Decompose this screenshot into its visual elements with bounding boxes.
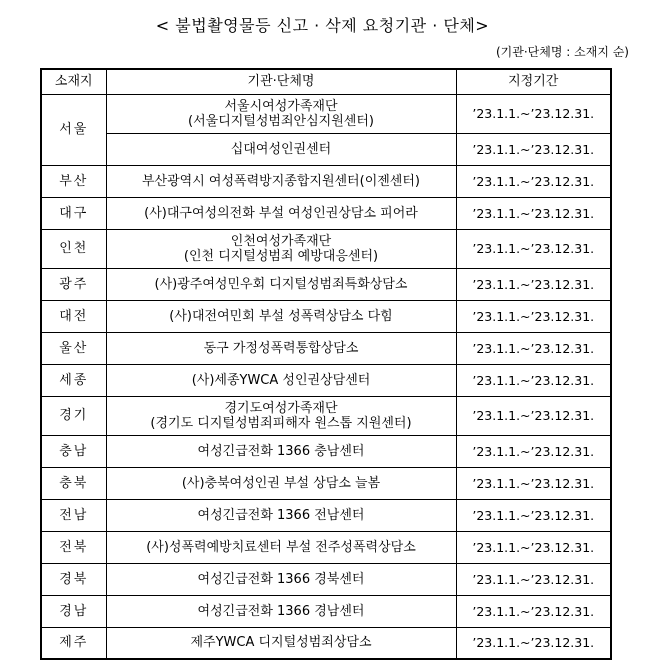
table-row: 전남여성긴급전화 1366 전남센터’23.1.1.~’23.12.31. <box>41 499 611 531</box>
table-row: 충북(사)충북여성인권 부설 상담소 늘봄’23.1.1.~’23.12.31. <box>41 467 611 499</box>
table-row: 세종(사)세종YWCA 성인권상담센터’23.1.1.~’23.12.31. <box>41 364 611 396</box>
table-row: 충남여성긴급전화 1366 충남센터’23.1.1.~’23.12.31. <box>41 435 611 467</box>
org-name-cell: (사)대전여민회 부설 성폭력상담소 다힘 <box>106 300 456 332</box>
region-cell: 서울 <box>41 94 106 165</box>
org-name-cell: (사)광주여성민우회 디지털성범죄특화상담소 <box>106 268 456 300</box>
org-name-cell: 부산광역시 여성폭력방지종합지원센터(이젠센터) <box>106 165 456 197</box>
period-cell: ’23.1.1.~’23.12.31. <box>456 435 611 467</box>
table-row: 제주제주YWCA 디지털성범죄상담소’23.1.1.~’23.12.31. <box>41 627 611 659</box>
period-cell: ’23.1.1.~’23.12.31. <box>456 229 611 268</box>
table-body: 서울서울시여성가족재단(서울디지털성범죄안심지원센터)’23.1.1.~’23.… <box>41 94 611 659</box>
period-cell: ’23.1.1.~’23.12.31. <box>456 364 611 396</box>
period-cell: ’23.1.1.~’23.12.31. <box>456 499 611 531</box>
period-cell: ’23.1.1.~’23.12.31. <box>456 165 611 197</box>
period-cell: ’23.1.1.~’23.12.31. <box>456 332 611 364</box>
header-row: 소재지 기관·단체명 지정기간 <box>41 69 611 94</box>
org-name-cell: 십대여성인권센터 <box>106 133 456 165</box>
table-row: 부산부산광역시 여성폭력방지종합지원센터(이젠센터)’23.1.1.~’23.1… <box>41 165 611 197</box>
org-name-cell: (사)충북여성인권 부설 상담소 늘봄 <box>106 467 456 499</box>
page-title: < 불법촬영물등 신고 · 삭제 요청기관 · 단체> <box>0 13 645 36</box>
period-cell: ’23.1.1.~’23.12.31. <box>456 595 611 627</box>
col-header-region: 소재지 <box>41 69 106 94</box>
period-cell: ’23.1.1.~’23.12.31. <box>456 396 611 435</box>
period-cell: ’23.1.1.~’23.12.31. <box>456 531 611 563</box>
table-header: 소재지 기관·단체명 지정기간 <box>41 69 611 94</box>
table-row: 경남여성긴급전화 1366 경남센터’23.1.1.~’23.12.31. <box>41 595 611 627</box>
col-header-org: 기관·단체명 <box>106 69 456 94</box>
period-cell: ’23.1.1.~’23.12.31. <box>456 94 611 133</box>
col-header-period: 지정기간 <box>456 69 611 94</box>
region-cell: 제주 <box>41 627 106 659</box>
org-name-cell: 여성긴급전화 1366 경남센터 <box>106 595 456 627</box>
table-row: 경북여성긴급전화 1366 경북센터’23.1.1.~’23.12.31. <box>41 563 611 595</box>
region-cell: 경기 <box>41 396 106 435</box>
region-cell: 전북 <box>41 531 106 563</box>
org-name-cell: 여성긴급전화 1366 경북센터 <box>106 563 456 595</box>
org-name-cell: 여성긴급전화 1366 충남센터 <box>106 435 456 467</box>
period-cell: ’23.1.1.~’23.12.31. <box>456 300 611 332</box>
page-subtitle: (기관·단체명 : 소재지 순) <box>0 43 645 60</box>
table-row: 십대여성인권센터’23.1.1.~’23.12.31. <box>41 133 611 165</box>
region-cell: 세종 <box>41 364 106 396</box>
region-cell: 경남 <box>41 595 106 627</box>
table-row: 대구(사)대구여성의전화 부설 여성인권상담소 피어라’23.1.1.~’23.… <box>41 197 611 229</box>
period-cell: ’23.1.1.~’23.12.31. <box>456 563 611 595</box>
org-name-cell: 여성긴급전화 1366 전남센터 <box>106 499 456 531</box>
org-name-cell: 동구 가정성폭력통합상담소 <box>106 332 456 364</box>
org-name-cell: 서울시여성가족재단(서울디지털성범죄안심지원센터) <box>106 94 456 133</box>
table-row: 전북(사)성폭력예방치료센터 부설 전주성폭력상담소’23.1.1.~’23.1… <box>41 531 611 563</box>
period-cell: ’23.1.1.~’23.12.31. <box>456 197 611 229</box>
region-cell: 대전 <box>41 300 106 332</box>
region-cell: 대구 <box>41 197 106 229</box>
period-cell: ’23.1.1.~’23.12.31. <box>456 268 611 300</box>
table-row: 광주(사)광주여성민우회 디지털성범죄특화상담소’23.1.1.~’23.12.… <box>41 268 611 300</box>
table-row: 대전(사)대전여민회 부설 성폭력상담소 다힘’23.1.1.~’23.12.3… <box>41 300 611 332</box>
table-row: 인천인천여성가족재단(인천 디지털성범죄 예방대응센터)’23.1.1.~’23… <box>41 229 611 268</box>
org-name-cell: (사)성폭력예방치료센터 부설 전주성폭력상담소 <box>106 531 456 563</box>
org-name-cell: 경기도여성가족재단(경기도 디지털성범죄피해자 원스톱 지원센터) <box>106 396 456 435</box>
org-name-cell: 제주YWCA 디지털성범죄상담소 <box>106 627 456 659</box>
region-cell: 울산 <box>41 332 106 364</box>
region-cell: 전남 <box>41 499 106 531</box>
region-cell: 경북 <box>41 563 106 595</box>
document-page: < 불법촬영물등 신고 · 삭제 요청기관 · 단체> (기관·단체명 : 소재… <box>0 0 645 660</box>
region-cell: 인천 <box>41 229 106 268</box>
org-table: 소재지 기관·단체명 지정기간 서울서울시여성가족재단(서울디지털성범죄안심지원… <box>40 68 612 660</box>
period-cell: ’23.1.1.~’23.12.31. <box>456 467 611 499</box>
region-cell: 광주 <box>41 268 106 300</box>
period-cell: ’23.1.1.~’23.12.31. <box>456 133 611 165</box>
table-row: 경기경기도여성가족재단(경기도 디지털성범죄피해자 원스톱 지원센터)’23.1… <box>41 396 611 435</box>
org-name-cell: (사)대구여성의전화 부설 여성인권상담소 피어라 <box>106 197 456 229</box>
region-cell: 부산 <box>41 165 106 197</box>
table-row: 울산동구 가정성폭력통합상담소’23.1.1.~’23.12.31. <box>41 332 611 364</box>
period-cell: ’23.1.1.~’23.12.31. <box>456 627 611 659</box>
org-name-cell: (사)세종YWCA 성인권상담센터 <box>106 364 456 396</box>
table-row: 서울서울시여성가족재단(서울디지털성범죄안심지원센터)’23.1.1.~’23.… <box>41 94 611 133</box>
region-cell: 충북 <box>41 467 106 499</box>
org-name-cell: 인천여성가족재단(인천 디지털성범죄 예방대응센터) <box>106 229 456 268</box>
region-cell: 충남 <box>41 435 106 467</box>
